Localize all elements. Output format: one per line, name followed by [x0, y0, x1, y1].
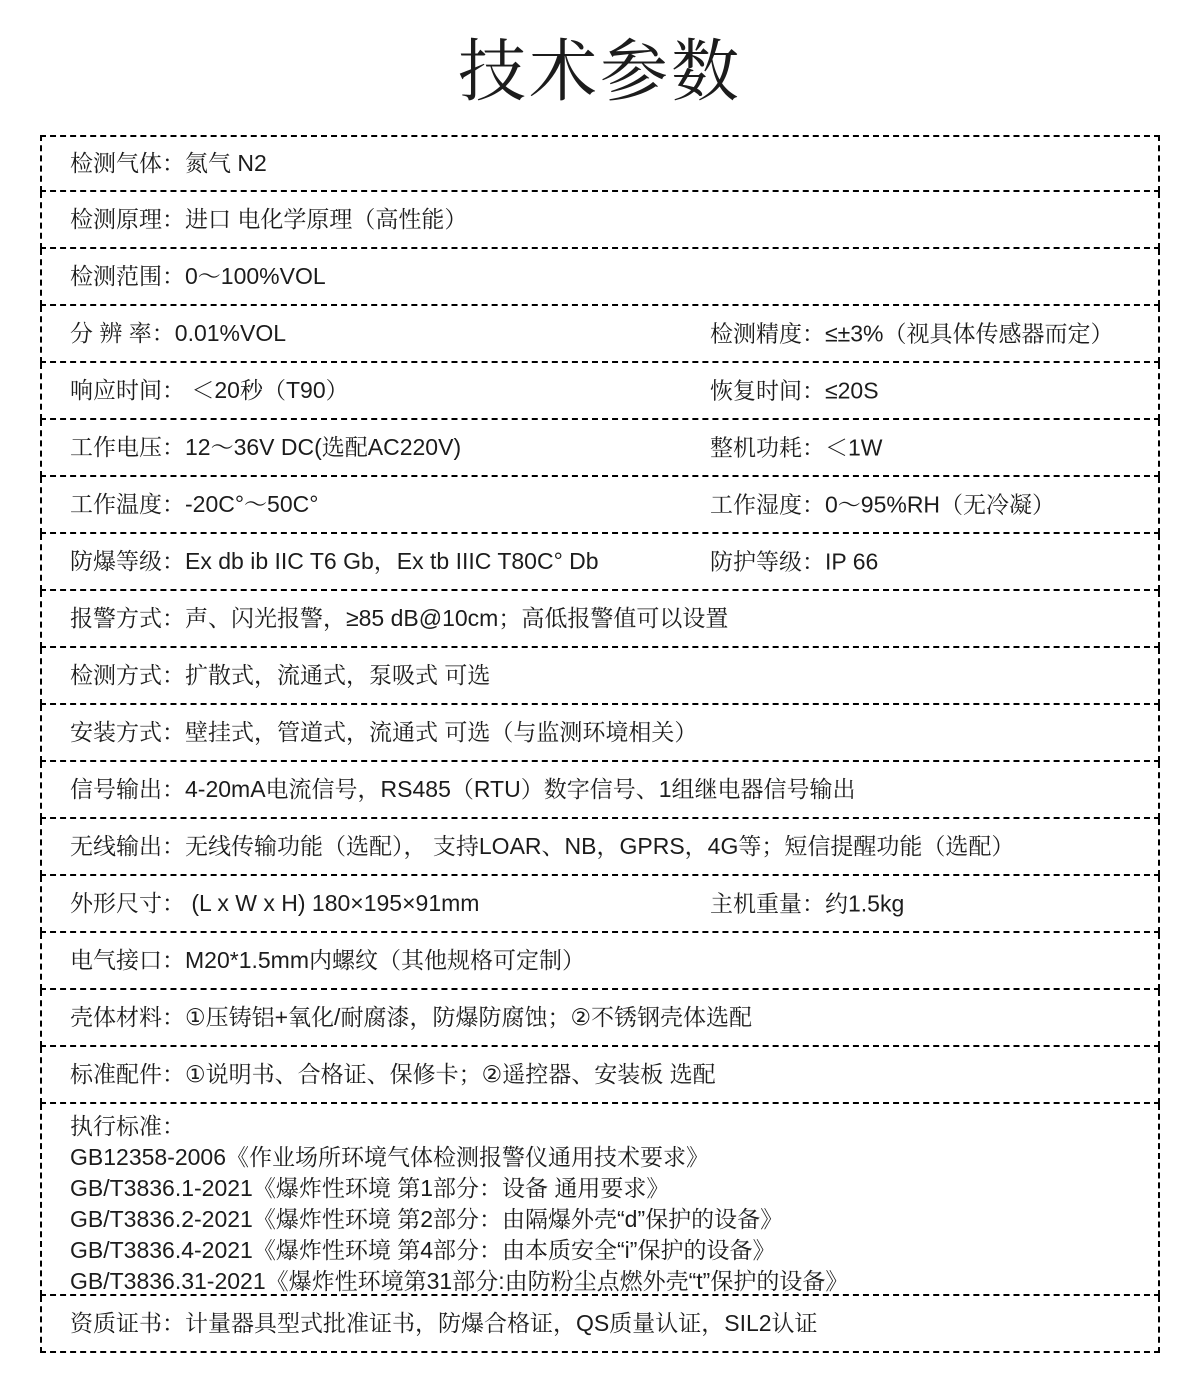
- spec-alarm-mode: 报警方式：声、闪光报警，≥85 dB@10cm；高低报警值可以设置: [70, 604, 728, 633]
- spec-resolution: 分 辨 率：0.01%VOL: [70, 319, 286, 348]
- spec-row-temperature-humidity: 工作温度：-20C°～50C° 工作湿度：0～95%RH（无冷凝）: [40, 477, 1160, 534]
- spec-row-detection-gas: 检测气体：氮气 N2: [40, 135, 1160, 192]
- page-title: 技术参数: [458, 38, 742, 106]
- spec-row-wireless-output: 无线输出：无线传输功能（选配）， 支持LOAR、NB，GPRS，4G等；短信提醒…: [40, 819, 1160, 876]
- spec-row-executive-standards: 执行标准： GB12358-2006《作业场所环境气体检测报警仪通用技术要求》 …: [40, 1104, 1160, 1296]
- spec-row-voltage-power: 工作电压：12～36V DC(选配AC220V) 整机功耗：＜1W: [40, 420, 1160, 477]
- executive-standard-line: GB/T3836.1-2021《爆炸性环境 第1部分：设备 通用要求》: [70, 1173, 1144, 1204]
- spec-row-electrical-interface: 电气接口：M20*1.5mm内螺纹（其他规格可定制）: [40, 933, 1160, 990]
- spec-power-consumption: 整机功耗：＜1W: [710, 433, 883, 462]
- spec-protection-grade: 防护等级：IP 66: [710, 547, 878, 576]
- executive-standard-line: GB/T3836.4-2021《爆炸性环境 第4部分：由本质安全“i”保护的设备…: [70, 1235, 1144, 1266]
- spec-row-qualification-certificates: 资质证书：计量器具型式批准证书，防爆合格证，QS质量认证，SIL2认证: [40, 1296, 1160, 1353]
- spec-detection-mode: 检测方式：扩散式，流通式，泵吸式 可选: [70, 661, 490, 690]
- spec-row-installation-mode: 安装方式：壁挂式，管道式，流通式 可选（与监测环境相关）: [40, 705, 1160, 762]
- executive-standard-line: GB/T3836.31-2021《爆炸性环境第31部分:由防粉尘点燃外壳“t”保…: [70, 1266, 1144, 1297]
- spec-response-time: 响应时间： ＜20秒（T90）: [70, 376, 349, 405]
- spec-detection-gas: 检测气体：氮气 N2: [70, 149, 267, 178]
- spec-dimensions: 外形尺寸： (L x W x H) 180×195×91mm: [70, 889, 479, 918]
- spec-standard-accessories: 标准配件：①说明书、合格证、保修卡；②遥控器、安装板 选配: [70, 1060, 716, 1089]
- spec-recovery-time: 恢复时间：≤20S: [710, 376, 879, 405]
- spec-row-detection-range: 检测范围：0～100%VOL: [40, 249, 1160, 306]
- spec-wireless-output: 无线输出：无线传输功能（选配）， 支持LOAR、NB，GPRS，4G等；短信提醒…: [70, 832, 1014, 861]
- spec-row-detection-mode: 检测方式：扩散式，流通式，泵吸式 可选: [40, 648, 1160, 705]
- spec-detection-accuracy: 检测精度：≤±3%（视具体传感器而定）: [710, 319, 1114, 348]
- executive-standards-heading: 执行标准：: [70, 1111, 1144, 1142]
- spec-row-explosion-protection: 防爆等级：Ex db ib IIC T6 Gb，Ex tb IIIC T80C°…: [40, 534, 1160, 591]
- spec-row-response-recovery: 响应时间： ＜20秒（T90） 恢复时间：≤20S: [40, 363, 1160, 420]
- spec-table: 检测气体：氮气 N2 检测原理：进口 电化学原理（高性能） 检测范围：0～100…: [40, 135, 1160, 1353]
- spec-qualification-certificates: 资质证书：计量器具型式批准证书，防爆合格证，QS质量认证，SIL2认证: [70, 1309, 818, 1338]
- spec-row-dimensions-weight: 外形尺寸： (L x W x H) 180×195×91mm 主机重量：约1.5…: [40, 876, 1160, 933]
- spec-host-weight: 主机重量：约1.5kg: [710, 889, 904, 918]
- executive-standard-line: GB12358-2006《作业场所环境气体检测报警仪通用技术要求》: [70, 1142, 1144, 1173]
- spec-electrical-interface: 电气接口：M20*1.5mm内螺纹（其他规格可定制）: [70, 946, 585, 975]
- spec-working-humidity: 工作湿度：0～95%RH（无冷凝）: [710, 490, 1055, 519]
- spec-row-signal-output: 信号输出：4-20mA电流信号，RS485（RTU）数字信号、1组继电器信号输出: [40, 762, 1160, 819]
- spec-working-temperature: 工作温度：-20C°～50C°: [70, 490, 318, 519]
- spec-row-standard-accessories: 标准配件：①说明书、合格证、保修卡；②遥控器、安装板 选配: [40, 1047, 1160, 1104]
- spec-working-voltage: 工作电压：12～36V DC(选配AC220V): [70, 433, 461, 462]
- spec-row-detection-principle: 检测原理：进口 电化学原理（高性能）: [40, 192, 1160, 249]
- spec-housing-material: 壳体材料：①压铸铝+氧化/耐腐漆，防爆防腐蚀；②不锈钢壳体选配: [70, 1003, 752, 1032]
- spec-detection-range: 检测范围：0～100%VOL: [70, 262, 326, 291]
- spec-installation-mode: 安装方式：壁挂式，管道式，流通式 可选（与监测环境相关）: [70, 718, 697, 747]
- spec-explosion-proof-grade: 防爆等级：Ex db ib IIC T6 Gb，Ex tb IIIC T80C°…: [70, 547, 599, 576]
- page-header: 技术参数: [0, 0, 1200, 135]
- spec-row-housing-material: 壳体材料：①压铸铝+氧化/耐腐漆，防爆防腐蚀；②不锈钢壳体选配: [40, 990, 1160, 1047]
- executive-standard-line: GB/T3836.2-2021《爆炸性环境 第2部分：由隔爆外壳“d”保护的设备…: [70, 1204, 1144, 1235]
- spec-signal-output: 信号输出：4-20mA电流信号，RS485（RTU）数字信号、1组继电器信号输出: [70, 775, 856, 804]
- spec-row-resolution-accuracy: 分 辨 率：0.01%VOL 检测精度：≤±3%（视具体传感器而定）: [40, 306, 1160, 363]
- spec-row-alarm-mode: 报警方式：声、闪光报警，≥85 dB@10cm；高低报警值可以设置: [40, 591, 1160, 648]
- spec-detection-principle: 检测原理：进口 电化学原理（高性能）: [70, 205, 467, 234]
